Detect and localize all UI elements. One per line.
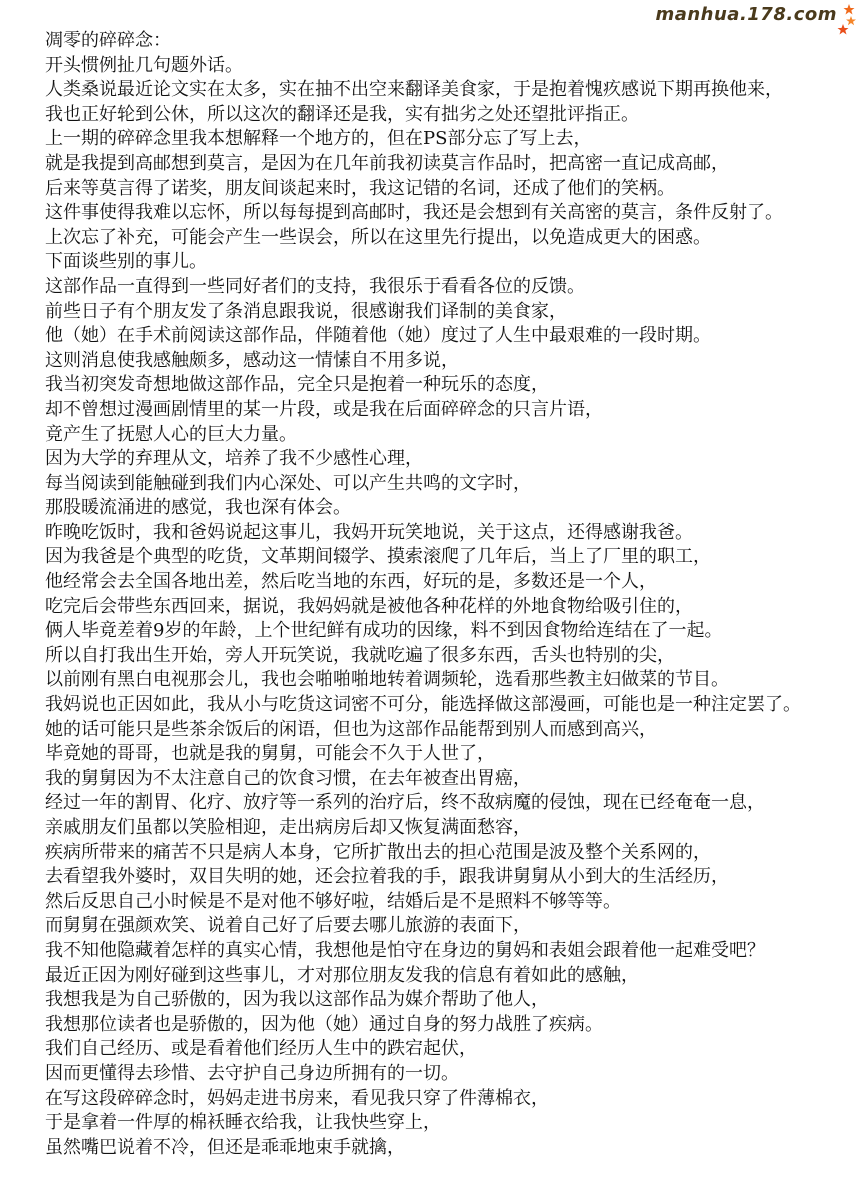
text-line: 亲戚朋友们虽都以笑脸相迎，走出病房后却又恢复满面愁容，: [45, 816, 855, 841]
text-line: 这件事使得我难以忘怀，所以每每提到高邮时，我还是会想到有关高密的莫言，条件反射了…: [45, 201, 855, 226]
text-line: 上一期的碎碎念里我本想解释一个地方的，但在PS部分忘了写上去，: [45, 127, 855, 152]
text-line: 却不曾想过漫画剧情里的某一片段，或是我在后面碎碎念的只言片语，: [45, 398, 855, 423]
text-line: 上次忘了补充，可能会产生一些误会，所以在这里先行提出，以免造成更大的困惑。: [45, 226, 855, 251]
text-line: 俩人毕竟差着9岁的年龄，上个世纪鲜有成功的因缘，料不到因食物给连结在了一起。: [45, 619, 855, 644]
text-line: 因为大学的弃理从文，培养了我不少感性心理，: [45, 447, 855, 472]
text-line: 开头惯例扯几句题外话。: [45, 54, 855, 79]
text-line: 我们自己经历、或是看着他们经历人生中的跌宕起伏，: [45, 1037, 855, 1062]
text-line: 最近正因为刚好碰到这些事儿，才对那位朋友发我的信息有着如此的感触，: [45, 964, 855, 989]
text-line: 后来等莫言得了诺奖，朋友间谈起来时，我这记错的名词，还成了他们的笑柄。: [45, 177, 855, 202]
text-line: 我想我是为自己骄傲的，因为我以这部作品为媒介帮助了他人，: [45, 988, 855, 1013]
text-line: 竟产生了抚慰人心的巨大力量。: [45, 423, 855, 448]
text-line: 这则消息使我感触颇多，感动这一情愫自不用多说，: [45, 349, 855, 374]
text-line: 就是我提到高邮想到莫言，是因为在几年前我初读莫言作品时，把高密一直记成高邮，: [45, 152, 855, 177]
text-line: 所以自打我出生开始，旁人开玩笑说，我就吃遍了很多东西，舌头也特别的尖，: [45, 644, 855, 669]
text-line: 每当阅读到能触碰到我们内心深处、可以产生共鸣的文字时，: [45, 472, 855, 497]
text-line: 这部作品一直得到一些同好者们的支持，我很乐于看看各位的反馈。: [45, 275, 855, 300]
text-line: 吃完后会带些东西回来，据说，我妈妈就是被他各种花样的外地食物给吸引住的，: [45, 595, 855, 620]
text-line: 然后反思自己小时候是不是对他不够好啦，结婚后是不是照料不够等等。: [45, 890, 855, 915]
text-line: 我不知他隐藏着怎样的真实心情，我想他是怕守在身边的舅妈和表姐会跟着他一起难受吧？: [45, 939, 855, 964]
text-line: 我的舅舅因为不太注意自己的饮食习惯，在去年被查出胃癌，: [45, 767, 855, 792]
text-line: 去看望我外婆时，双目失明的她，还会拉着我的手，跟我讲舅舅从小到大的生活经历，: [45, 865, 855, 890]
text-line: 虽然嘴巴说着不冷，但还是乖乖地束手就擒，: [45, 1136, 855, 1161]
text-line: 前些日子有个朋友发了条消息跟我说，很感谢我们译制的美食家，: [45, 300, 855, 325]
text-line: 人类桑说最近论文实在太多，实在抽不出空来翻译美食家，于是抱着愧疚感说下期再换他来…: [45, 78, 855, 103]
text-line: 下面谈些别的事儿。: [45, 250, 855, 275]
text-line: 于是拿着一件厚的棉袄睡衣给我，让我快些穿上，: [45, 1111, 855, 1136]
text-line: 而舅舅在强颜欢笑、说着自己好了后要去哪儿旅游的表面下，: [45, 914, 855, 939]
document-body: 凋零的碎碎念： 开头惯例扯几句题外话。 人类桑说最近论文实在太多，实在抽不出空来…: [45, 29, 855, 1160]
text-line: 昨晚吃饭时，我和爸妈说起这事儿，我妈开玩笑地说，关于这点，还得感谢我爸。: [45, 521, 855, 546]
text-line: 我当初突发奇想地做这部作品，完全只是抱着一种玩乐的态度，: [45, 373, 855, 398]
text-line: 凋零的碎碎念：: [45, 29, 855, 54]
text-line: 毕竟她的哥哥，也就是我的舅舅，可能会不久于人世了，: [45, 742, 855, 767]
text-line: 我也正好轮到公休，所以这次的翻译还是我，实有拙劣之处还望批评指正。: [45, 103, 855, 128]
text-line: 因而更懂得去珍惜、去守护自己身边所拥有的一切。: [45, 1062, 855, 1087]
text-line: 在写这段碎碎念时，妈妈走进书房来，看见我只穿了件薄棉衣，: [45, 1087, 855, 1112]
text-line: 疾病所带来的痛苦不只是病人本身，它所扩散出去的担心范围是波及整个关系网的，: [45, 841, 855, 866]
text-line: 他经常会去全国各地出差，然后吃当地的东西，好玩的是，多数还是一个人，: [45, 570, 855, 595]
text-line: 我妈说也正因如此，我从小与吃货这词密不可分，能选择做这部漫画，可能也是一种注定罢…: [45, 693, 855, 718]
site-watermark: manhua.178.com: [655, 4, 837, 25]
text-line: 她的话可能只是些茶余饭后的闲语，但也为这部作品能帮到别人而感到高兴，: [45, 718, 855, 743]
text-line: 经过一年的割胃、化疗、放疗等一系列的治疗后，终不敌病魔的侵蚀，现在已经奄奄一息，: [45, 791, 855, 816]
text-line: 他（她）在手术前阅读这部作品，伴随着他（她）度过了人生中最艰难的一段时期。: [45, 324, 855, 349]
text-line: 那股暖流涌进的感觉，我也深有体会。: [45, 496, 855, 521]
text-line: 因为我爸是个典型的吃货，文革期间辍学、摸索滚爬了几年后，当上了厂里的职工，: [45, 545, 855, 570]
text-line: 我想那位读者也是骄傲的，因为他（她）通过自身的努力战胜了疾病。: [45, 1013, 855, 1038]
text-line: 以前刚有黑白电视那会儿，我也会啪啪啪地转着调频轮，选看那些教主妇做菜的节目。: [45, 668, 855, 693]
